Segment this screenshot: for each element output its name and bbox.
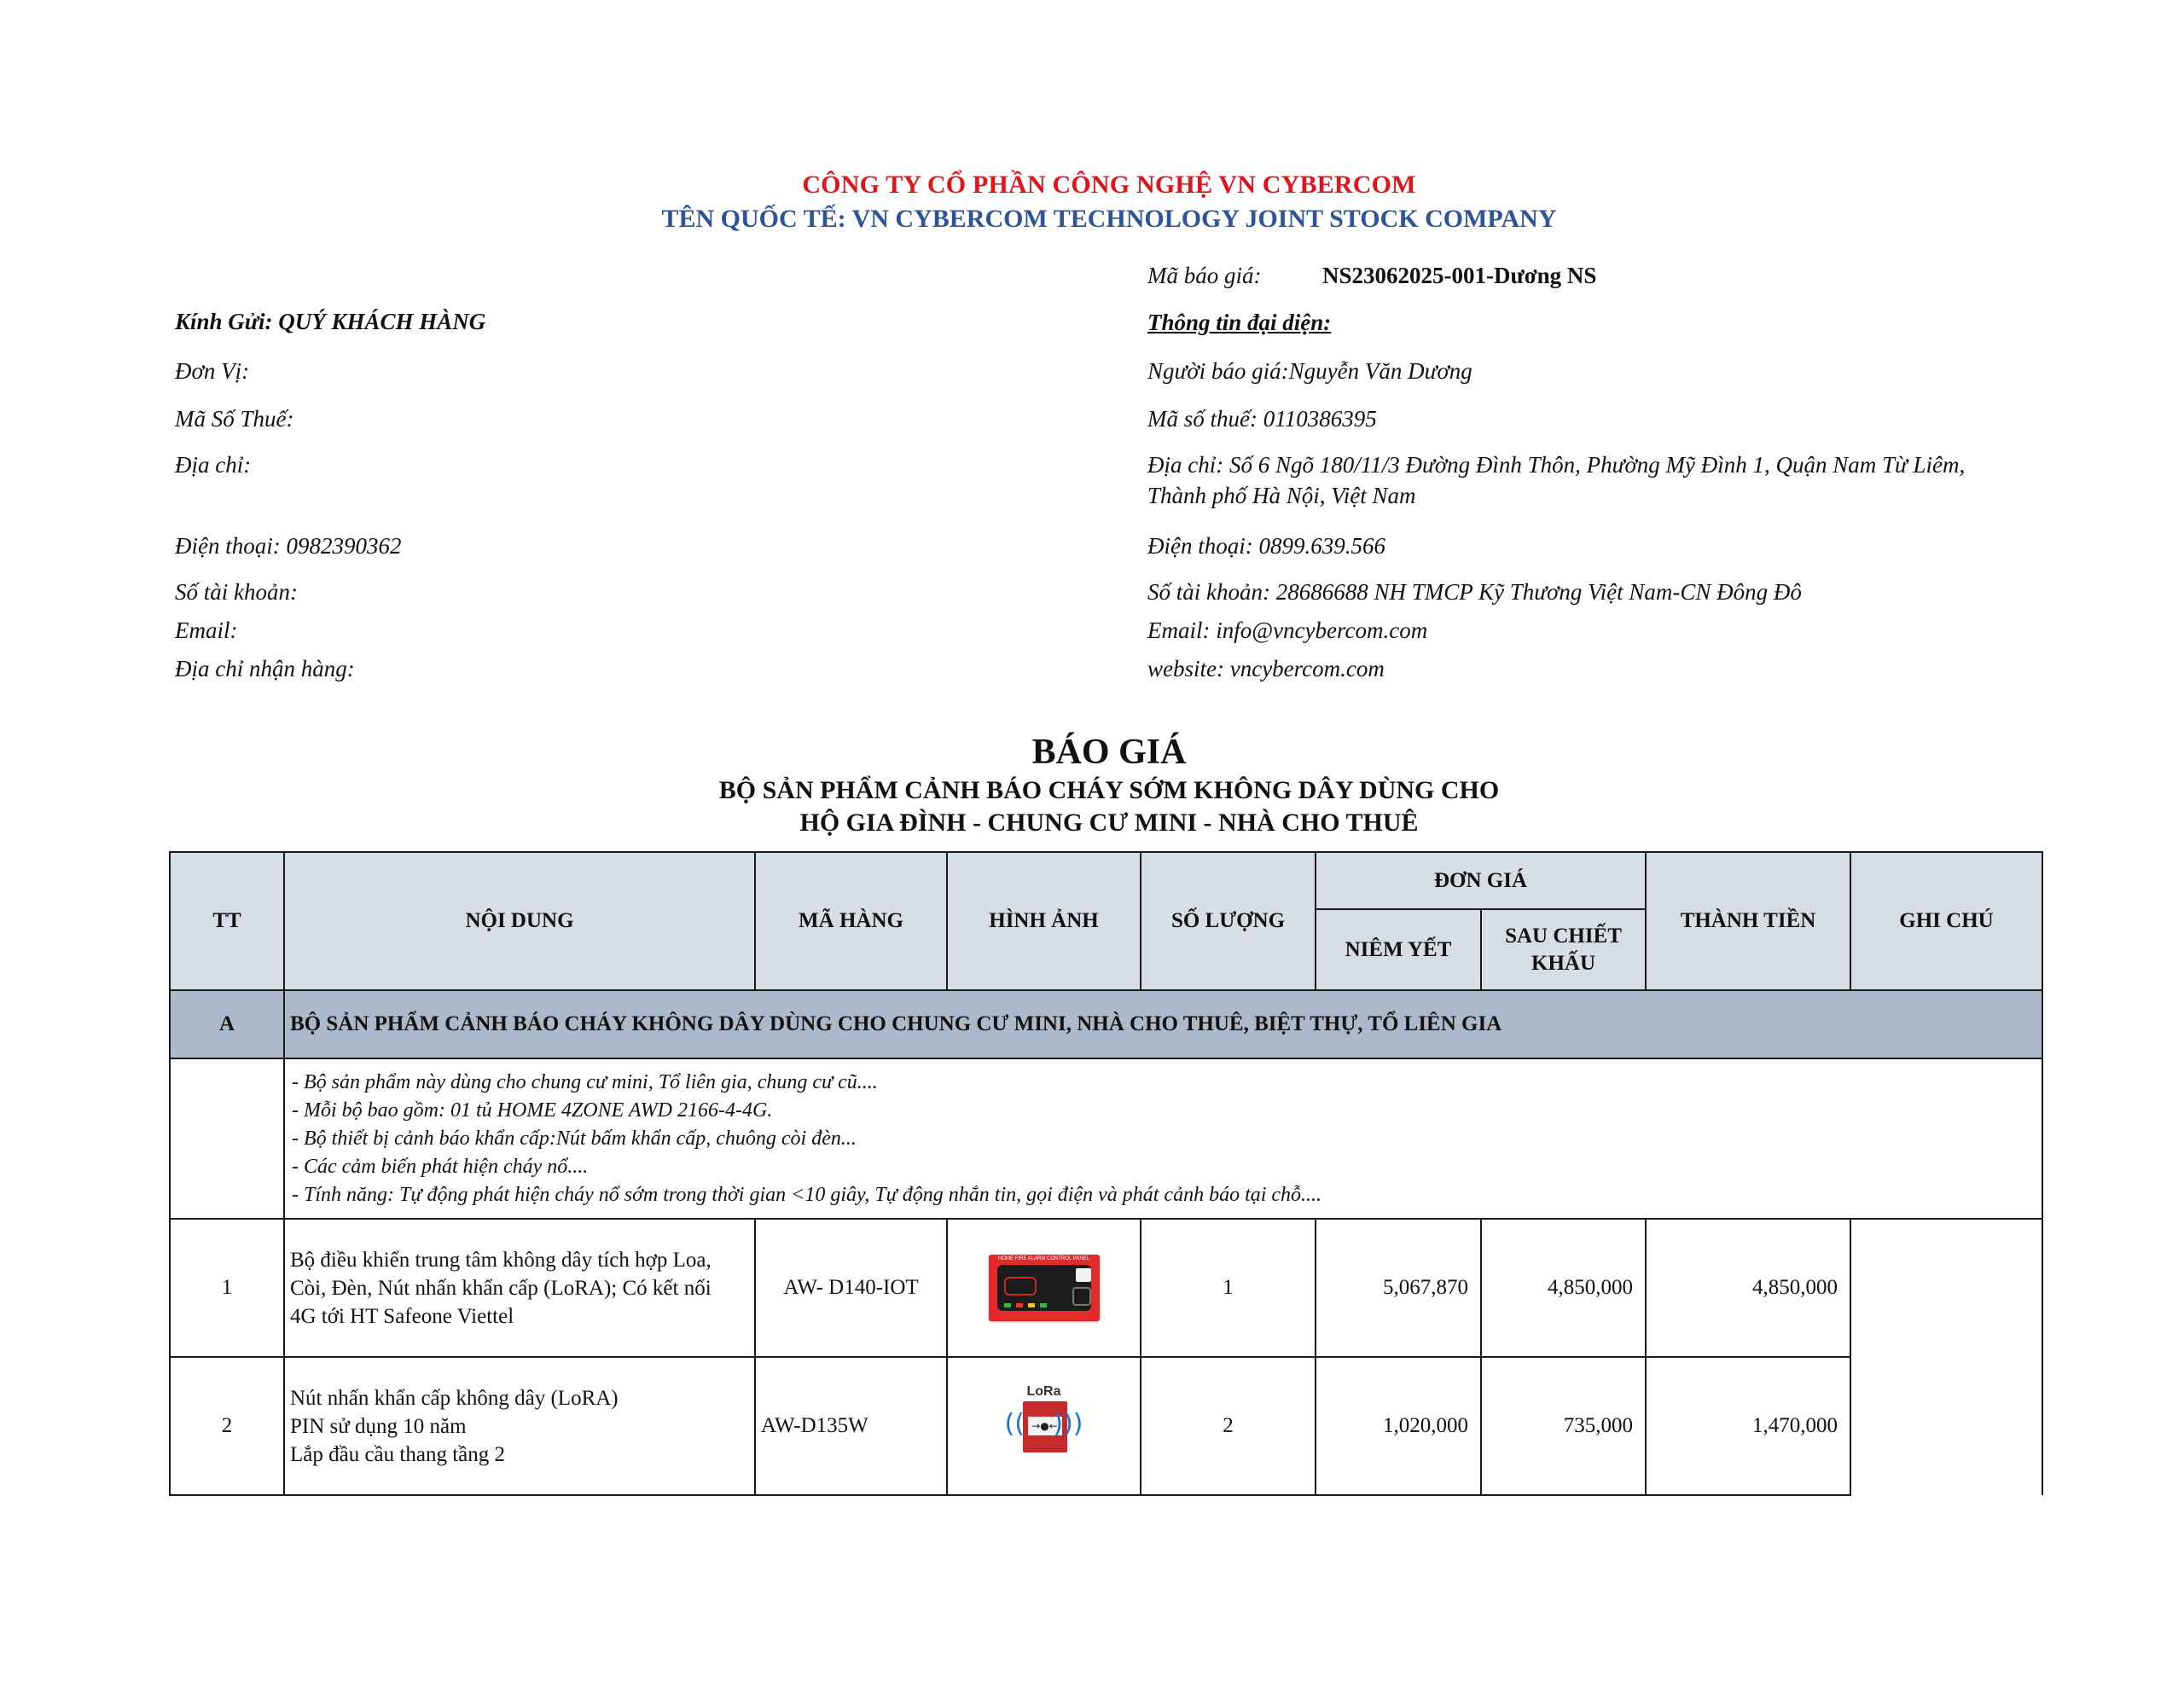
section-description: - Bộ sản phẩm này dùng cho chung cư mini… [284,1058,2042,1219]
header-total: THÀNH TIỀN [1646,852,1850,990]
item-note [1850,1219,2042,1495]
wireless-signal-icon: ))) [1053,1412,1083,1437]
header-quantity: SỐ LƯỢNG [1141,852,1316,990]
item-discounted-price: 4,850,000 [1481,1219,1646,1357]
item-tt: 1 [170,1219,284,1357]
item-listed-price: 1,020,000 [1316,1357,1481,1495]
fire-alarm-control-panel-image: HOME FIRE ALARM CONTROL PANEL [989,1255,1100,1321]
item-content: Bộ điều khiển trung tâm không dây tích h… [284,1219,755,1357]
description-line: - Bộ sản phẩm này dùng cho chung cư mini… [292,1069,2035,1097]
item-total: 1,470,000 [1646,1357,1850,1495]
description-line: - Mỗi bộ bao gồm: 01 tủ HOME 4ZONE AWD 2… [292,1097,2035,1125]
customer-account: Số tài khoản: [175,579,298,606]
representative-address-line2: Thành phố Hà Nội, Việt Nam [1147,483,1416,509]
representative-quoter: Người báo giá:Nguyễn Văn Dương [1147,358,1472,385]
header-unit-price: ĐƠN GIÁ [1316,852,1646,909]
customer-phone: Điện thoại: 0982390362 [175,533,401,559]
greeting: Kính Gửi: QUÝ KHÁCH HÀNG [175,309,485,335]
document-subtitle-line1: BỘ SẢN PHẨM CẢNH BÁO CHÁY SỚM KHÔNG DÂY … [0,776,2184,805]
header-image: HÌNH ẢNH [947,852,1141,990]
item-code: AW- D140-IOT [755,1219,947,1357]
description-line: - Các cảm biến phát hiện cháy nổ.... [292,1153,2035,1181]
customer-email: Email: [175,617,238,644]
section-id: A [170,990,284,1058]
customer-address: Địa chỉ: [175,452,251,478]
item-quantity: 1 [1141,1219,1316,1357]
representative-website[interactable]: website: vncybercom.com [1147,656,1385,682]
lora-call-point-image: LoRa ((( →●← ))) [1002,1384,1087,1468]
led-indicators-icon [1004,1303,1047,1307]
section-description-row: - Bộ sản phẩm này dùng cho chung cư mini… [170,1058,2042,1219]
header-tt: TT [170,852,284,990]
representative-account: Số tài khoản: 28686688 NH TMCP Kỹ Thương… [1147,579,1802,606]
representative-phone: Điện thoại: 0899.639.566 [1147,533,1385,559]
customer-tax-code: Mã Số Thuế: [175,406,293,432]
section-title: BỘ SẢN PHẨM CẢNH BÁO CHÁY KHÔNG DÂY DÙNG… [284,990,2042,1058]
item-total: 4,850,000 [1646,1219,1850,1357]
item-tt: 2 [170,1357,284,1495]
customer-unit: Đơn Vị: [175,358,249,385]
document-subtitle-line2: HỘ GIA ĐÌNH - CHUNG CƯ MINI - NHÀ CHO TH… [0,809,2184,838]
item-listed-price: 5,067,870 [1316,1219,1481,1357]
header-note: GHI CHÚ [1850,852,2042,990]
header-discounted-price: SAU CHIẾT KHẤU [1481,909,1646,990]
table-row: 1 Bộ điều khiển trung tâm không dây tích… [170,1219,2042,1357]
section-row: A BỘ SẢN PHẨM CẢNH BÁO CHÁY KHÔNG DÂY DÙ… [170,990,2042,1058]
speaker-icon [1072,1287,1091,1306]
document-title: BÁO GIÁ [0,732,2184,773]
description-line: - Tính năng: Tự động phát hiện cháy nổ s… [292,1181,2035,1209]
header-code: MÃ HÀNG [755,852,947,990]
company-international-name: TÊN QUỐC TẾ: VN CYBERCOM TECHNOLOGY JOIN… [0,205,2184,234]
header-listed-price: NIÊM YẾT [1316,909,1481,990]
item-code: AW-D135W [755,1357,947,1495]
representative-tax-code: Mã số thuế: 0110386395 [1147,406,1377,432]
quote-code-value: NS23062025-001-Dương NS [1322,263,1596,289]
customer-delivery-address: Địa chỉ nhận hàng: [175,656,355,682]
quotation-table: TT NỘI DUNG MÃ HÀNG HÌNH ẢNH SỐ LƯỢNG ĐƠ… [169,851,2043,1496]
quote-code-label: Mã báo giá: [1147,263,1261,289]
item-quantity: 2 [1141,1357,1316,1495]
table-row: 2 Nút nhấn khẩn cấp không dây (LoRA) PIN… [170,1357,2042,1495]
company-name: CÔNG TY CỔ PHẦN CÔNG NGHỆ VN CYBERCOM [0,171,2184,200]
header-content: NỘI DUNG [284,852,755,990]
representative-address-line1: Địa chỉ: Số 6 Ngõ 180/11/3 Đường Đình Th… [1147,452,1965,478]
item-content: Nút nhấn khẩn cấp không dây (LoRA) PIN s… [284,1357,755,1495]
representative-email[interactable]: Email: info@vncybercom.com [1147,617,1427,644]
aw-logo-icon [1076,1268,1091,1282]
item-image: LoRa ((( →●← ))) [947,1357,1141,1495]
item-discounted-price: 735,000 [1481,1357,1646,1495]
representative-heading: Thông tin đại diện: [1147,310,1331,336]
description-line: - Bộ thiết bị cảnh báo khẩn cấp:Nút bấm … [292,1125,2035,1153]
item-image: HOME FIRE ALARM CONTROL PANEL [947,1219,1141,1357]
